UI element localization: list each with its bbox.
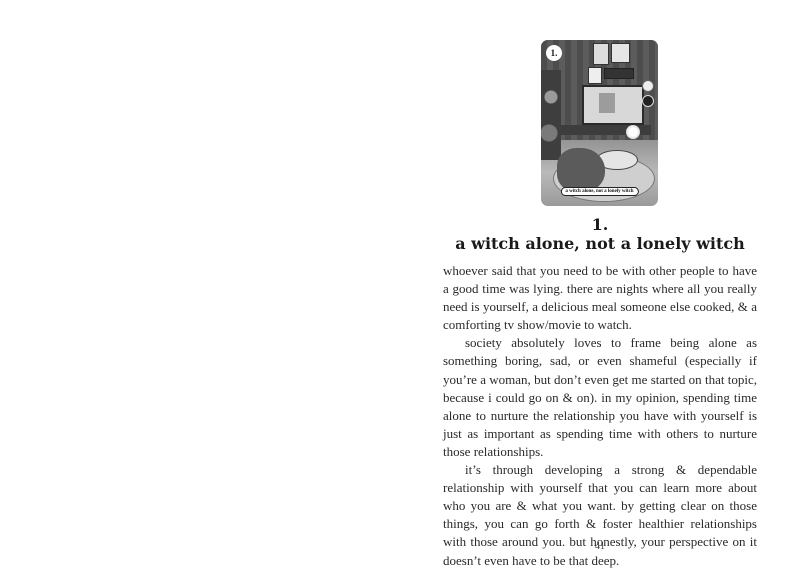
candle-light xyxy=(626,125,640,139)
wall-frame-star xyxy=(611,43,630,63)
card-caption: a witch alone, not a lonely witch xyxy=(560,187,638,196)
tarot-card-illustration: 1. a witch alone, not a lonely witch xyxy=(541,40,658,206)
paragraph: it’s through developing a strong & depen… xyxy=(443,461,757,570)
chapter-heading: 1. a witch alone, not a lonely witch xyxy=(441,216,759,254)
chapter-title: a witch alone, not a lonely witch xyxy=(441,234,759,254)
tv-house-image xyxy=(599,93,615,113)
wall-frame xyxy=(588,67,602,84)
wall-frame xyxy=(593,43,609,65)
plant-illustration xyxy=(541,70,561,160)
paragraph: society absolutely loves to frame being … xyxy=(443,334,757,461)
moon-phase-icon xyxy=(642,80,654,92)
wall-frame-snake xyxy=(604,68,634,79)
chapter-number: 1. xyxy=(441,216,759,234)
left-page-blank xyxy=(0,0,400,571)
body-text: whoever said that you need to be with ot… xyxy=(443,262,757,570)
page-number: 41 xyxy=(585,541,615,552)
witch-figure xyxy=(557,148,605,192)
paragraph: whoever said that you need to be with ot… xyxy=(443,262,757,334)
paw-icon xyxy=(642,95,654,107)
card-number-badge: 1. xyxy=(546,45,562,61)
